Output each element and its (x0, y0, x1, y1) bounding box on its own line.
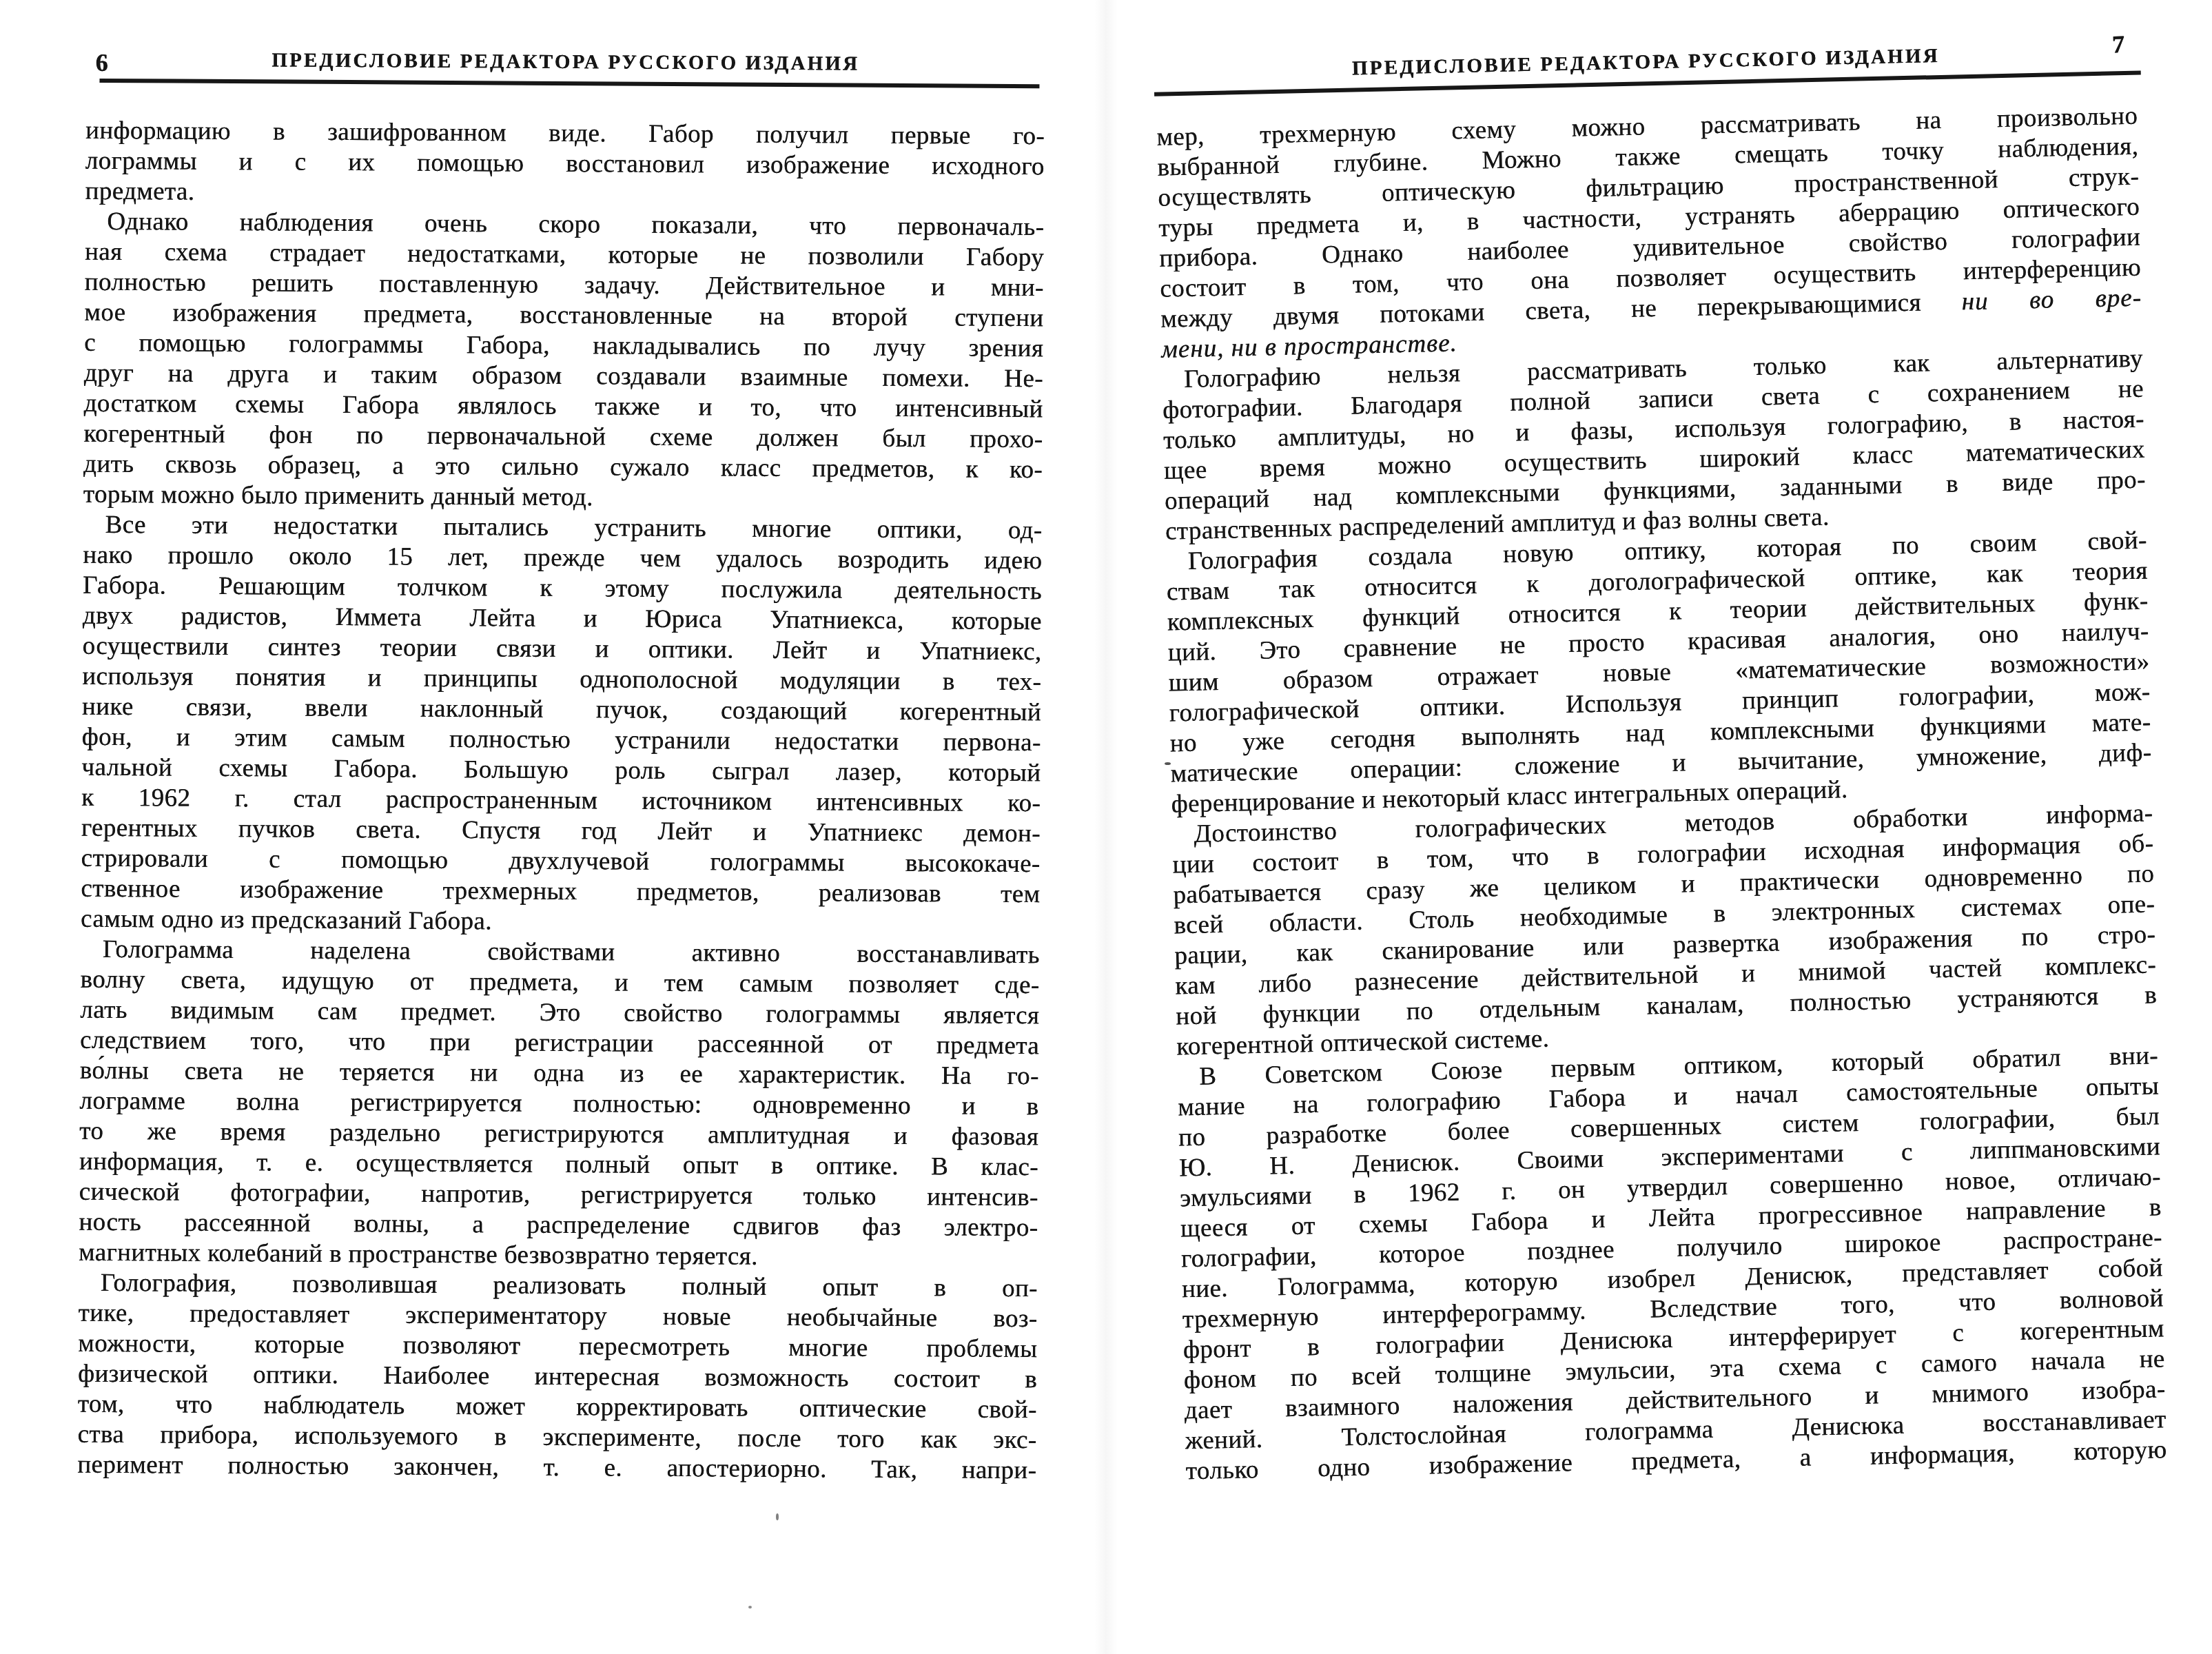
text-line: лограммы и с их помощью восстановил изоб… (85, 146, 1045, 183)
paragraph: Достоинство голографических методов обра… (1171, 798, 2158, 1062)
paragraph: Все эти недостатки пытались устранить мн… (81, 510, 1043, 940)
running-title: ПРЕДИСЛОВИЕ РЕДАКТОРА РУССКОГО ИЗДАНИЯ (86, 48, 1045, 77)
page-left: 6 ПРЕДИСЛОВИЕ РЕДАКТОРА РУССКОГО ИЗДАНИЯ… (76, 0, 1045, 1629)
text-line: перимент полностью закончен, т. е. апост… (77, 1450, 1036, 1487)
paragraph: Голография, позволившая реализовать полн… (77, 1268, 1038, 1486)
paragraph: Голография создала новую оптику, которая… (1165, 526, 2152, 820)
paragraph: Однако наблюдения очень скоро показали, … (83, 207, 1045, 515)
page-gutter-shadow (1094, 0, 1118, 1654)
page-right: 7 ПРЕДИСЛОВИЕ РЕДАКТОРА РУССКОГО ИЗДАНИЯ… (1154, 0, 2170, 1637)
paragraph: Голографию нельзя рассматривать только к… (1162, 344, 2147, 547)
paragraph: информацию в зашифрованном виде. Габор п… (85, 116, 1045, 213)
italic-text: мени, ни в пространстве. (1161, 329, 1457, 363)
paragraph: В Советском Союзе первым оптиком, которы… (1177, 1041, 2167, 1487)
page-body: мер, трехмерную схему можно рассматриват… (1156, 101, 2167, 1487)
book-spread: 6 ПРЕДИСЛОВИЕ РЕДАКТОРА РУССКОГО ИЗДАНИЯ… (0, 0, 2212, 1654)
italic-text: ни во вре- (1961, 284, 2142, 316)
paragraph: мер, трехмерную схему можно рассматриват… (1156, 101, 2142, 365)
page-body: информацию в зашифрованном виде. Габор п… (77, 116, 1045, 1486)
header-rule (99, 79, 1039, 88)
paragraph: Голограмма наделена свойствами активно в… (79, 935, 1040, 1274)
